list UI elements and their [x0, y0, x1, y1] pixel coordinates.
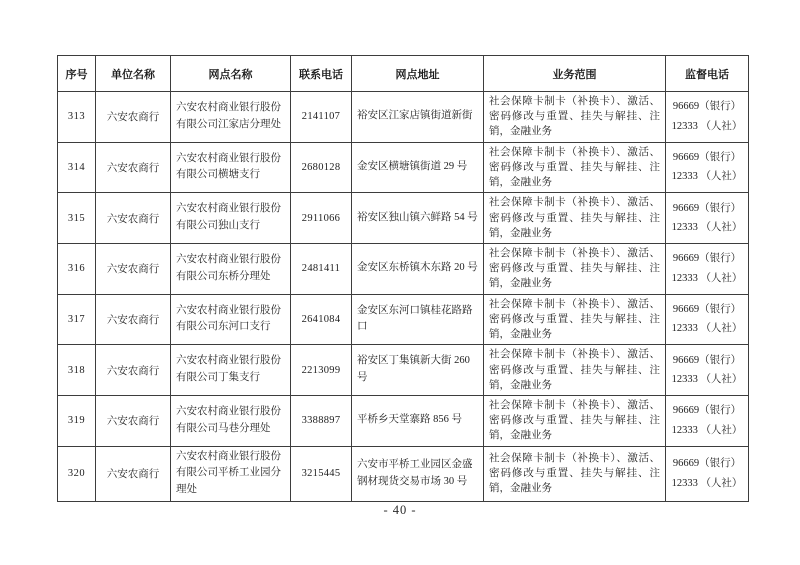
cell-seq: 317	[58, 294, 96, 345]
cell-branch-name: 六安农村商业银行股份有限公司马巷分理处	[171, 395, 291, 446]
cell-unit-name: 六安农商行	[96, 395, 171, 446]
cell-business-scope: 社会保障卡制卡（补换卡）、激活、密码修改与重置、挂失与解挂、注销，金融业务	[484, 92, 666, 143]
cell-business-scope: 社会保障卡制卡（补换卡）、激活、密码修改与重置、挂失与解挂、注销，金融业务	[484, 193, 666, 244]
cell-contact-phone: 2641084	[291, 294, 352, 345]
cell-branch-name: 六安农村商业银行股份有限公司横塘支行	[171, 142, 291, 193]
supervision-phone-bank: 96669（银行）	[667, 401, 747, 420]
supervision-phone-social: 12333 （人社）	[667, 269, 747, 288]
header-seq: 序号	[58, 56, 96, 92]
cell-seq: 315	[58, 193, 96, 244]
cell-contact-phone: 2141107	[291, 92, 352, 143]
cell-unit-name: 六安农商行	[96, 142, 171, 193]
header-unit-name: 单位名称	[96, 56, 171, 92]
cell-seq: 313	[58, 92, 96, 143]
service-network-table: 序号 单位名称 网点名称 联系电话 网点地址 业务范围 监督电话 313 六安农…	[57, 55, 749, 502]
cell-business-scope: 社会保障卡制卡（补换卡）、激活、密码修改与重置、挂失与解挂、注销，金融业务	[484, 294, 666, 345]
cell-business-scope: 社会保障卡制卡（补换卡）、激活、密码修改与重置、挂失与解挂、注销，金融业务	[484, 243, 666, 294]
cell-contact-phone: 3215445	[291, 446, 352, 501]
cell-business-scope: 社会保障卡制卡（补换卡）、激活、密码修改与重置、挂失与解挂、注销，金融业务	[484, 142, 666, 193]
cell-branch-address: 裕安区独山镇六鲜路 54 号	[352, 193, 484, 244]
table-row-314: 314 六安农商行 六安农村商业银行股份有限公司横塘支行 2680128 金安区…	[58, 142, 749, 193]
header-contact-phone: 联系电话	[291, 56, 352, 92]
supervision-phone-bank: 96669（银行）	[667, 300, 747, 319]
cell-business-scope: 社会保障卡制卡（补换卡）、激活、密码修改与重置、挂失与解挂、注销，金融业务	[484, 395, 666, 446]
cell-branch-address: 裕安区江家店镇街道新街	[352, 92, 484, 143]
cell-branch-name: 六安农村商业银行股份有限公司丁集支行	[171, 345, 291, 396]
cell-contact-phone: 2481411	[291, 243, 352, 294]
table-header-row: 序号 单位名称 网点名称 联系电话 网点地址 业务范围 监督电话	[58, 56, 749, 92]
cell-contact-phone: 2213099	[291, 345, 352, 396]
supervision-phone-bank: 96669（银行）	[667, 199, 747, 218]
cell-supervision-phone: 96669（银行） 12333 （人社）	[666, 243, 749, 294]
cell-unit-name: 六安农商行	[96, 193, 171, 244]
supervision-phone-social: 12333 （人社）	[667, 474, 747, 493]
cell-branch-name: 六安农村商业银行股份有限公司平桥工业园分理处	[171, 446, 291, 501]
supervision-phone-social: 12333 （人社）	[667, 167, 747, 186]
cell-supervision-phone: 96669（银行） 12333 （人社）	[666, 142, 749, 193]
cell-contact-phone: 3388897	[291, 395, 352, 446]
supervision-phone-social: 12333 （人社）	[667, 218, 747, 237]
cell-branch-address: 六安市平桥工业园区金盛钢材现货交易市场 30 号	[352, 446, 484, 501]
supervision-phone-social: 12333 （人社）	[667, 370, 747, 389]
cell-branch-address: 金安区横塘镇街道 29 号	[352, 142, 484, 193]
header-supervision-phone: 监督电话	[666, 56, 749, 92]
cell-supervision-phone: 96669（银行） 12333 （人社）	[666, 446, 749, 501]
cell-supervision-phone: 96669（银行） 12333 （人社）	[666, 92, 749, 143]
supervision-phone-social: 12333 （人社）	[667, 421, 747, 440]
table-row-315: 315 六安农商行 六安农村商业银行股份有限公司独山支行 2911066 裕安区…	[58, 193, 749, 244]
cell-contact-phone: 2680128	[291, 142, 352, 193]
cell-branch-address: 平桥乡天堂寨路 856 号	[352, 395, 484, 446]
supervision-phone-social: 12333 （人社）	[667, 117, 747, 136]
cell-seq: 320	[58, 446, 96, 501]
table-row-316: 316 六安农商行 六安农村商业银行股份有限公司东桥分理处 2481411 金安…	[58, 243, 749, 294]
cell-supervision-phone: 96669（银行） 12333 （人社）	[666, 395, 749, 446]
cell-branch-name: 六安农村商业银行股份有限公司东河口支行	[171, 294, 291, 345]
cell-branch-name: 六安农村商业银行股份有限公司江家店分理处	[171, 92, 291, 143]
cell-branch-name: 六安农村商业银行股份有限公司独山支行	[171, 193, 291, 244]
cell-contact-phone: 2911066	[291, 193, 352, 244]
cell-supervision-phone: 96669（银行） 12333 （人社）	[666, 345, 749, 396]
supervision-phone-bank: 96669（银行）	[667, 249, 747, 268]
cell-branch-address: 金安区东桥镇木东路 20 号	[352, 243, 484, 294]
cell-seq: 318	[58, 345, 96, 396]
table-row-319: 319 六安农商行 六安农村商业银行股份有限公司马巷分理处 3388897 平桥…	[58, 395, 749, 446]
cell-unit-name: 六安农商行	[96, 243, 171, 294]
table-row-318: 318 六安农商行 六安农村商业银行股份有限公司丁集支行 2213099 裕安区…	[58, 345, 749, 396]
table-row-320: 320 六安农商行 六安农村商业银行股份有限公司平桥工业园分理处 3215445…	[58, 446, 749, 501]
cell-seq: 316	[58, 243, 96, 294]
table-row-313: 313 六安农商行 六安农村商业银行股份有限公司江家店分理处 2141107 裕…	[58, 92, 749, 143]
document-page: 序号 单位名称 网点名称 联系电话 网点地址 业务范围 监督电话 313 六安农…	[0, 0, 800, 565]
supervision-phone-bank: 96669（银行）	[667, 148, 747, 167]
cell-branch-name: 六安农村商业银行股份有限公司东桥分理处	[171, 243, 291, 294]
cell-unit-name: 六安农商行	[96, 345, 171, 396]
cell-unit-name: 六安农商行	[96, 446, 171, 501]
supervision-phone-social: 12333 （人社）	[667, 319, 747, 338]
cell-branch-address: 金安区东河口镇桂花路路口	[352, 294, 484, 345]
cell-business-scope: 社会保障卡制卡（补换卡）、激活、密码修改与重置、挂失与解挂、注销，金融业务	[484, 345, 666, 396]
cell-supervision-phone: 96669（银行） 12333 （人社）	[666, 193, 749, 244]
page-number: - 40 -	[0, 503, 800, 518]
cell-unit-name: 六安农商行	[96, 92, 171, 143]
header-branch-name: 网点名称	[171, 56, 291, 92]
table-row-317: 317 六安农商行 六安农村商业银行股份有限公司东河口支行 2641084 金安…	[58, 294, 749, 345]
supervision-phone-bank: 96669（银行）	[667, 454, 747, 473]
supervision-phone-bank: 96669（银行）	[667, 97, 747, 116]
header-branch-address: 网点地址	[352, 56, 484, 92]
supervision-phone-bank: 96669（银行）	[667, 351, 747, 370]
cell-branch-address: 裕安区丁集镇新大街 260 号	[352, 345, 484, 396]
header-business-scope: 业务范围	[484, 56, 666, 92]
cell-seq: 314	[58, 142, 96, 193]
cell-business-scope: 社会保障卡制卡（补换卡）、激活、密码修改与重置、挂失与解挂、注销，金融业务	[484, 446, 666, 501]
cell-supervision-phone: 96669（银行） 12333 （人社）	[666, 294, 749, 345]
cell-unit-name: 六安农商行	[96, 294, 171, 345]
cell-seq: 319	[58, 395, 96, 446]
